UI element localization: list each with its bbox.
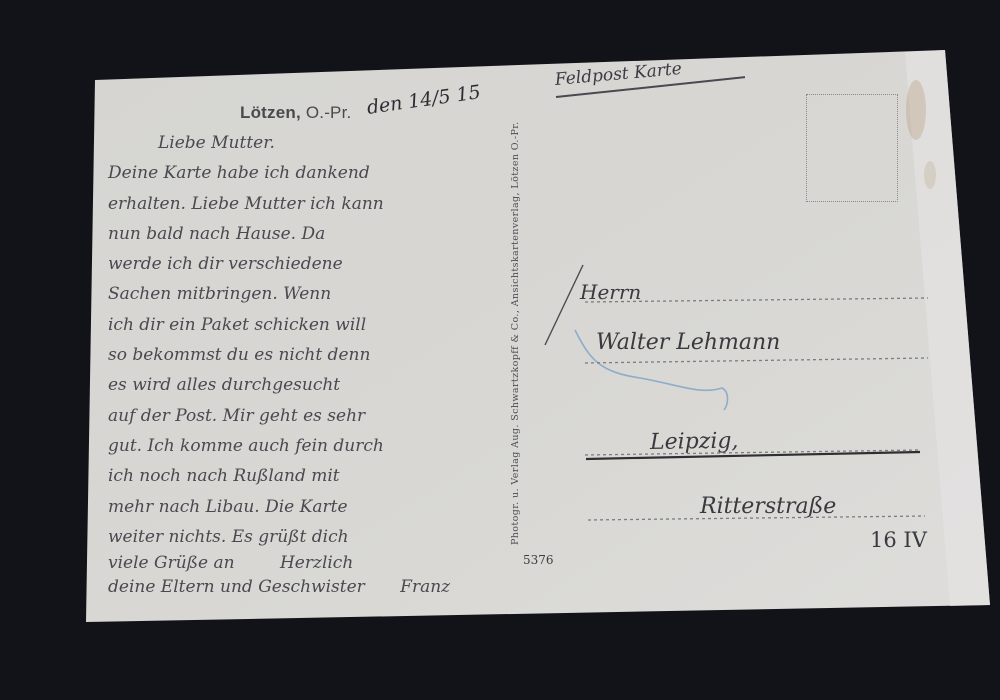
printed-place-name: Lötzen, O.-Pr. [240,103,351,123]
letter-closing: Herzlich [240,553,353,573]
stamp-placeholder-box [806,94,898,202]
card-number: 5376 [523,553,554,567]
handwritten-letter: Liebe Mutter. Deine Karte habe ich danke… [108,128,508,600]
letter-line: ich dir ein Paket schicken will [108,310,508,340]
address-salutation: Herrn [580,280,641,304]
age-stain [906,80,926,140]
publisher-imprint: Photogr. u. Verlag Aug. Schwartzkopff & … [510,121,521,545]
letter-line: auf der Post. Mir geht es sehr [108,401,508,431]
letter-line: erhalten. Liebe Mutter ich kann [108,189,508,219]
letter-line: ich noch nach Rußland mit [108,461,508,491]
letter-line-text: viele Grüße an [108,553,235,573]
letter-line: es wird alles durchgesucht [108,370,508,400]
letter-line: Liebe Mutter. [108,128,508,158]
place-name: Lötzen, [240,103,301,122]
letter-line: werde ich dir verschiedene [108,249,508,279]
letter-signature: Franz [370,577,450,597]
letter-line: weiter nichts. Es grüßt dich [108,522,508,552]
letter-line: Deine Karte habe ich dankend [108,158,508,188]
letter-line: viele Grüße an Herzlich [108,552,508,574]
letter-line: so bekommst du es nicht denn [108,340,508,370]
address-city: Leipzig, [650,428,739,455]
place-region: O.-Pr. [306,103,352,122]
address-recipient-name: Walter Lehmann [596,330,780,355]
letter-line-text: deine Eltern und Geschwister [108,577,365,597]
letter-line: gut. Ich komme auch fein durch [108,431,508,461]
address-street: Ritterstraße [700,494,836,519]
letter-line: Sachen mitbringen. Wenn [108,279,508,309]
address-house-number: 16 IV [870,528,927,552]
letter-line: mehr nach Libau. Die Karte [108,492,508,522]
letter-line: deine Eltern und Geschwister Franz [108,574,508,600]
letter-line: nun bald nach Hause. Da [108,219,508,249]
